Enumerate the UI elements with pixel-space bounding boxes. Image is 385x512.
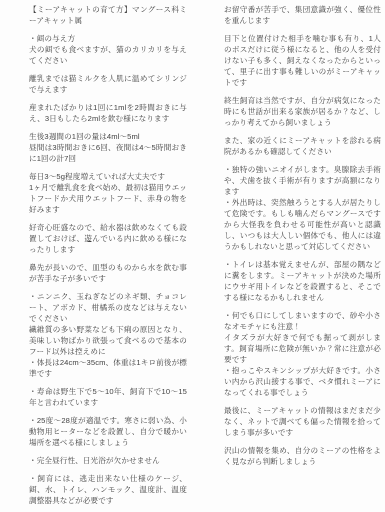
document-title: 【ミーアキャットの育て方】マングース科ミーアキャット属 bbox=[29, 4, 187, 26]
paragraph: ・外出時は、突然触ろうとする人が居たりして危険です。もしも噛んだらマングースです… bbox=[224, 197, 381, 252]
paragraph: 離乳までは猫ミルクを人肌に温めてシリンジで与えます bbox=[29, 73, 187, 95]
meerkat-care-document: 【ミーアキャットの育て方】マングース科ミーアキャット属・餌の与え方 犬の餌でも食… bbox=[0, 0, 385, 512]
paragraph: 終生飼育は当然ですが、自分が病気になった時にも世話が出来る家族が居るか？など、し… bbox=[224, 95, 381, 128]
paragraph: ・飼育には、逃走出来ない仕様のケージ、餌、水、トイレ、ハンモック、温度計、温度調… bbox=[29, 473, 187, 506]
paragraph: 沢山の情報を集め、自分のミーアの性格をよく見ながら判断しましょう bbox=[224, 445, 381, 467]
paragraph: ・体長は24cm〜35cm、体重は1キロ前後が標準です bbox=[29, 357, 187, 379]
paragraph: ・トイレは基本覚えませんが、部屋の隅などに糞をします。ミーアキャットが決めた場所… bbox=[224, 259, 381, 303]
paragraph: 目下と位置付けた相手を噛む事も有り、1人のボスだけに従う様になると、他の人を受付… bbox=[224, 33, 381, 88]
right-column: お留守番が苦手で、集団意識が強く、優位性を重んじます目下と位置付けた相手を噛む事… bbox=[224, 4, 381, 474]
paragraph: 毎日3〜5g程度増えていれば大丈夫です 1ヶ月で離乳食を食べ始め、最初は猫用ウエ… bbox=[29, 171, 187, 215]
paragraph: 生後3週間の1回の量は4ml〜5ml 昼間は3時間おきに6回、夜間は4〜5時間お… bbox=[29, 131, 187, 164]
paragraph: ・何でも口にしてしまいますので、砂や小さなオモチャにも注意！ イタズラが大好きで… bbox=[224, 310, 381, 365]
paragraph: ・餌の与え方 犬の餌でも食べますが、猫のカリカリを与えてください bbox=[29, 33, 187, 66]
paragraph: 好奇心旺盛なので、給水器は飲めなくても設置しておけば、遊んでいる内に飲める様にな… bbox=[29, 222, 187, 255]
left-column: 【ミーアキャットの育て方】マングース科ミーアキャット属・餌の与え方 犬の餌でも食… bbox=[29, 4, 187, 512]
paragraph: ・完全昼行性、日光浴が欠かせません bbox=[29, 455, 187, 466]
paragraph: お留守番が苦手で、集団意識が強く、優位性を重んじます bbox=[224, 4, 381, 26]
paragraph: ・抱っこやスキンシップが大好きです。小さい内から沢山接する事で、ベタ慣れミーアに… bbox=[224, 365, 381, 398]
paragraph: ・25度〜28度が適温です。寒さに弱い為、小動物用ヒーターなどを設置し、自分で暖… bbox=[29, 415, 187, 448]
paragraph: また、家の近くにミーアキャットを診れる病院があるかも確認してください bbox=[224, 135, 381, 157]
paragraph: 産まれたばかりは1回に1mlを2時間おきに与え、3日もしたら2mlを飲む様になり… bbox=[29, 102, 187, 124]
paragraph: ・ニンニク、玉ねぎなどのネギ類、チョコレート、アボカド、柑橘系の皮などは与えない… bbox=[29, 291, 187, 357]
paragraph: ・寿命は野生下で5〜10年、飼育下で10〜15年と言われています bbox=[29, 386, 187, 408]
paragraph: 最後に、ミーアキャットの情報はまだまだ少なく、ネットで調べても偏った情報を拾って… bbox=[224, 405, 381, 438]
paragraph: 鼻先が長いので、皿型のものから水を飲む事が苦手な子が多いです bbox=[29, 262, 187, 284]
paragraph: ・独特の強いニオイがします。臭腺除去手術や、犬歯を抜く手術が有りますが高額になり… bbox=[224, 164, 381, 197]
